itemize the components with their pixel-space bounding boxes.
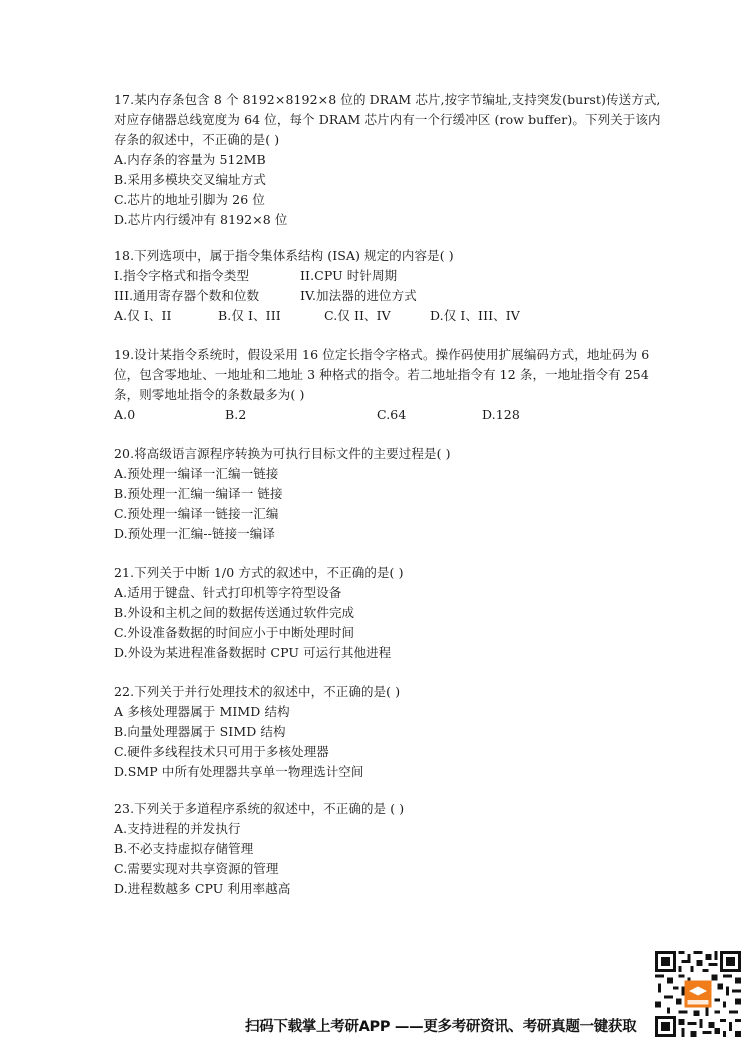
question-17: 17.某内存条包含 8 个 8192×8192×8 位的 DRAM 芯片,按字节… xyxy=(114,90,634,230)
option-a: A.内存条的容量为 512MB xyxy=(114,150,634,170)
option-b: B.采用多模块交叉编址方式 xyxy=(114,170,634,190)
option-d: D.外设为某进程准备数据时 CPU 可运行其他进程 xyxy=(114,643,634,663)
option-b: B.外设和主机之间的数据传送通过软件完成 xyxy=(114,603,634,623)
option-b: B.向量处理器属于 SIMD 结构 xyxy=(114,722,634,742)
question-stem-line: 条，则零地址指令的条数最多为( ) xyxy=(114,385,634,405)
options-row: A.仅 I、II B.仅 I、III C.仅 II、IV D.仅 I、III、I… xyxy=(114,306,634,326)
option-c: C.外设准备数据的时间应小于中断处理时间 xyxy=(114,623,634,643)
question-stem-line: 21.下列关于中断 1/0 方式的叙述中，不正确的是( ) xyxy=(114,563,634,583)
option-a: A 多核处理器属于 MIMD 结构 xyxy=(114,702,634,722)
option-a: A.适用于键盘、针式打印机等字符型设备 xyxy=(114,583,634,603)
question-19: 19.设计某指令系统时，假设采用 16 位定长指令字格式。操作码使用扩展编码方式… xyxy=(114,345,634,425)
question-18: 18.下列选项中，属于指令集体系结构 (ISA) 规定的内容是( ) I.指令字… xyxy=(114,246,634,326)
option-c: C.仅 II、IV xyxy=(324,306,391,326)
question-stem-line: 18.下列选项中，属于指令集体系结构 (ISA) 规定的内容是( ) xyxy=(114,246,634,266)
option-b: B.2 xyxy=(225,405,246,425)
question-stem-line: 位，包含零地址、一地址和二地址 3 种格式的指令。若二地址指令有 12 条，一地… xyxy=(114,365,634,385)
footer-promo-text: 扫码下载掌上考研APP ——更多考研资讯、考研真题一键获取 xyxy=(245,1015,636,1036)
question-stem-line: 23.下列关于多道程序系统的叙述中，不正确的是 ( ) xyxy=(114,799,634,819)
question-20: 20.将高级语言源程序转换为可执行目标文件的主要过程是( ) A.预处理一编译一… xyxy=(114,444,634,544)
question-stem-line: 20.将高级语言源程序转换为可执行目标文件的主要过程是( ) xyxy=(114,444,634,464)
item-i: I.指令字格式和指令类型 xyxy=(114,266,249,286)
options-row: A.0 B.2 C.64 D.128 xyxy=(114,405,634,425)
option-a: A.支持进程的并发执行 xyxy=(114,819,634,839)
question-stem-line: 22.下列关于并行处理技术的叙述中，不正确的是( ) xyxy=(114,682,634,702)
option-a: A.仅 I、II xyxy=(114,306,172,326)
option-a: A.0 xyxy=(114,405,135,425)
option-b: B.预处理一汇编一编译一 链接 xyxy=(114,484,634,504)
option-d: D.SMP 中所有处理器共享单一物理选计空间 xyxy=(114,762,634,782)
option-c: C.预处理一编译一链接一汇编 xyxy=(114,504,634,524)
item-row: I.指令字格式和指令类型 II.CPU 时针周期 xyxy=(114,266,634,286)
question-21: 21.下列关于中断 1/0 方式的叙述中，不正确的是( ) A.适用于键盘、针式… xyxy=(114,563,634,663)
qr-code[interactable] xyxy=(655,951,741,1037)
option-b: B.不必支持虚拟存储管理 xyxy=(114,839,634,859)
option-c: C.硬件多线程技术只可用于多核处理器 xyxy=(114,742,634,762)
question-stem-line: 对应存储器总线宽度为 64 位，每个 DRAM 芯片内有一个行缓冲区 (row … xyxy=(114,110,634,130)
option-d: D.进程数越多 CPU 利用率越高 xyxy=(114,879,634,899)
question-23: 23.下列关于多道程序系统的叙述中，不正确的是 ( ) A.支持进程的并发执行 … xyxy=(114,799,634,899)
question-stem-line: 19.设计某指令系统时，假设采用 16 位定长指令字格式。操作码使用扩展编码方式… xyxy=(114,345,634,365)
option-d: D.128 xyxy=(482,405,520,425)
option-a: A.预处理一编译一汇编一链接 xyxy=(114,464,634,484)
option-c: C.芯片的地址引脚为 26 位 xyxy=(114,190,634,210)
option-b: B.仅 I、III xyxy=(218,306,281,326)
option-d: D.芯片内行缓冲有 8192×8 位 xyxy=(114,210,634,230)
option-d: D.仅 I、III、IV xyxy=(430,306,520,326)
exam-page: 17.某内存条包含 8 个 8192×8192×8 位的 DRAM 芯片,按字节… xyxy=(0,0,750,1061)
item-iii: III.通用寄存器个数和位数 xyxy=(114,286,259,306)
option-c: C.64 xyxy=(377,405,406,425)
question-22: 22.下列关于并行处理技术的叙述中，不正确的是( ) A 多核处理器属于 MIM… xyxy=(114,682,634,782)
item-ii: II.CPU 时针周期 xyxy=(300,266,397,286)
question-stem-line: 17.某内存条包含 8 个 8192×8192×8 位的 DRAM 芯片,按字节… xyxy=(114,90,634,110)
qr-code-icon xyxy=(655,951,741,1037)
question-stem-line: 存条的叙述中，不正确的是( ) xyxy=(114,130,634,150)
item-iv: IV.加法器的进位方式 xyxy=(300,286,417,306)
item-row: III.通用寄存器个数和位数 IV.加法器的进位方式 xyxy=(114,286,634,306)
option-d: D.预处理一汇编--链接一编译 xyxy=(114,524,634,544)
option-c: C.需要实现对共享资源的管理 xyxy=(114,859,634,879)
